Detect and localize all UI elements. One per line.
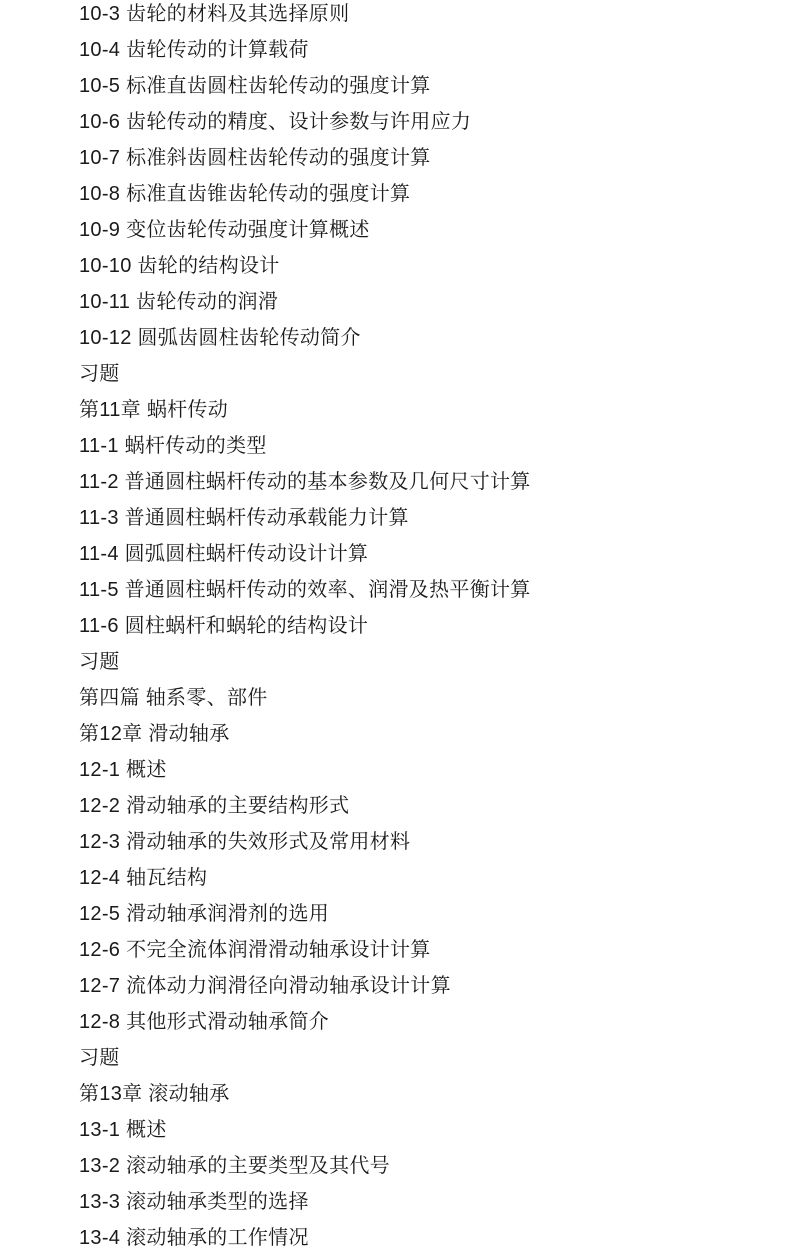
toc-part-4: 第四篇 轴系零、部件 — [79, 680, 780, 716]
toc-item-10-10: 10-10 齿轮的结构设计 — [79, 248, 780, 284]
toc-item-12-2: 12-2 滑动轴承的主要结构形式 — [79, 788, 780, 824]
toc-exercises-ch10: 习题 — [79, 356, 780, 392]
toc-item-12-7: 12-7 流体动力润滑径向滑动轴承设计计算 — [79, 968, 780, 1004]
toc-item-13-2: 13-2 滚动轴承的主要类型及其代号 — [79, 1148, 780, 1184]
toc-item-11-3: 11-3 普通圆柱蜗杆传动承载能力计算 — [79, 500, 780, 536]
toc-exercises-ch12: 习题 — [79, 1040, 780, 1076]
toc-item-11-2: 11-2 普通圆柱蜗杆传动的基本参数及几何尺寸计算 — [79, 464, 780, 500]
toc-chapter-13: 第13章 滚动轴承 — [79, 1076, 780, 1112]
toc-exercises-ch11: 习题 — [79, 644, 780, 680]
toc-item-10-7: 10-7 标准斜齿圆柱齿轮传动的强度计算 — [79, 140, 780, 176]
toc-item-10-8: 10-8 标准直齿锥齿轮传动的强度计算 — [79, 176, 780, 212]
toc-item-10-4: 10-4 齿轮传动的计算载荷 — [79, 32, 780, 68]
toc-item-13-1: 13-1 概述 — [79, 1112, 780, 1148]
toc-item-12-6: 12-6 不完全流体润滑滑动轴承设计计算 — [79, 932, 780, 968]
toc-page: 10-3 齿轮的材料及其选择原则 10-4 齿轮传动的计算载荷 10-5 标准直… — [0, 0, 790, 1251]
toc-chapter-12: 第12章 滑动轴承 — [79, 716, 780, 752]
toc-item-10-11: 10-11 齿轮传动的润滑 — [79, 284, 780, 320]
toc-item-10-5: 10-5 标准直齿圆柱齿轮传动的强度计算 — [79, 68, 780, 104]
toc-item-11-6: 11-6 圆柱蜗杆和蜗轮的结构设计 — [79, 608, 780, 644]
toc-item-10-9: 10-9 变位齿轮传动强度计算概述 — [79, 212, 780, 248]
toc-item-11-5: 11-5 普通圆柱蜗杆传动的效率、润滑及热平衡计算 — [79, 572, 780, 608]
toc-item-12-1: 12-1 概述 — [79, 752, 780, 788]
toc-item-10-12: 10-12 圆弧齿圆柱齿轮传动简介 — [79, 320, 780, 356]
toc-item-10-3: 10-3 齿轮的材料及其选择原则 — [79, 0, 780, 32]
toc-item-12-3: 12-3 滑动轴承的失效形式及常用材料 — [79, 824, 780, 860]
toc-item-12-5: 12-5 滑动轴承润滑剂的选用 — [79, 896, 780, 932]
toc-item-11-4: 11-4 圆弧圆柱蜗杆传动设计计算 — [79, 536, 780, 572]
toc-item-10-6: 10-6 齿轮传动的精度、设计参数与许用应力 — [79, 104, 780, 140]
toc-item-11-1: 11-1 蜗杆传动的类型 — [79, 428, 780, 464]
toc-item-13-3: 13-3 滚动轴承类型的选择 — [79, 1184, 780, 1220]
toc-item-12-4: 12-4 轴瓦结构 — [79, 860, 780, 896]
toc-list: 10-3 齿轮的材料及其选择原则 10-4 齿轮传动的计算载荷 10-5 标准直… — [0, 0, 790, 1255]
toc-item-13-4: 13-4 滚动轴承的工作情况 — [79, 1220, 780, 1255]
toc-chapter-11: 第11章 蜗杆传动 — [79, 392, 780, 428]
toc-item-12-8: 12-8 其他形式滑动轴承简介 — [79, 1004, 780, 1040]
